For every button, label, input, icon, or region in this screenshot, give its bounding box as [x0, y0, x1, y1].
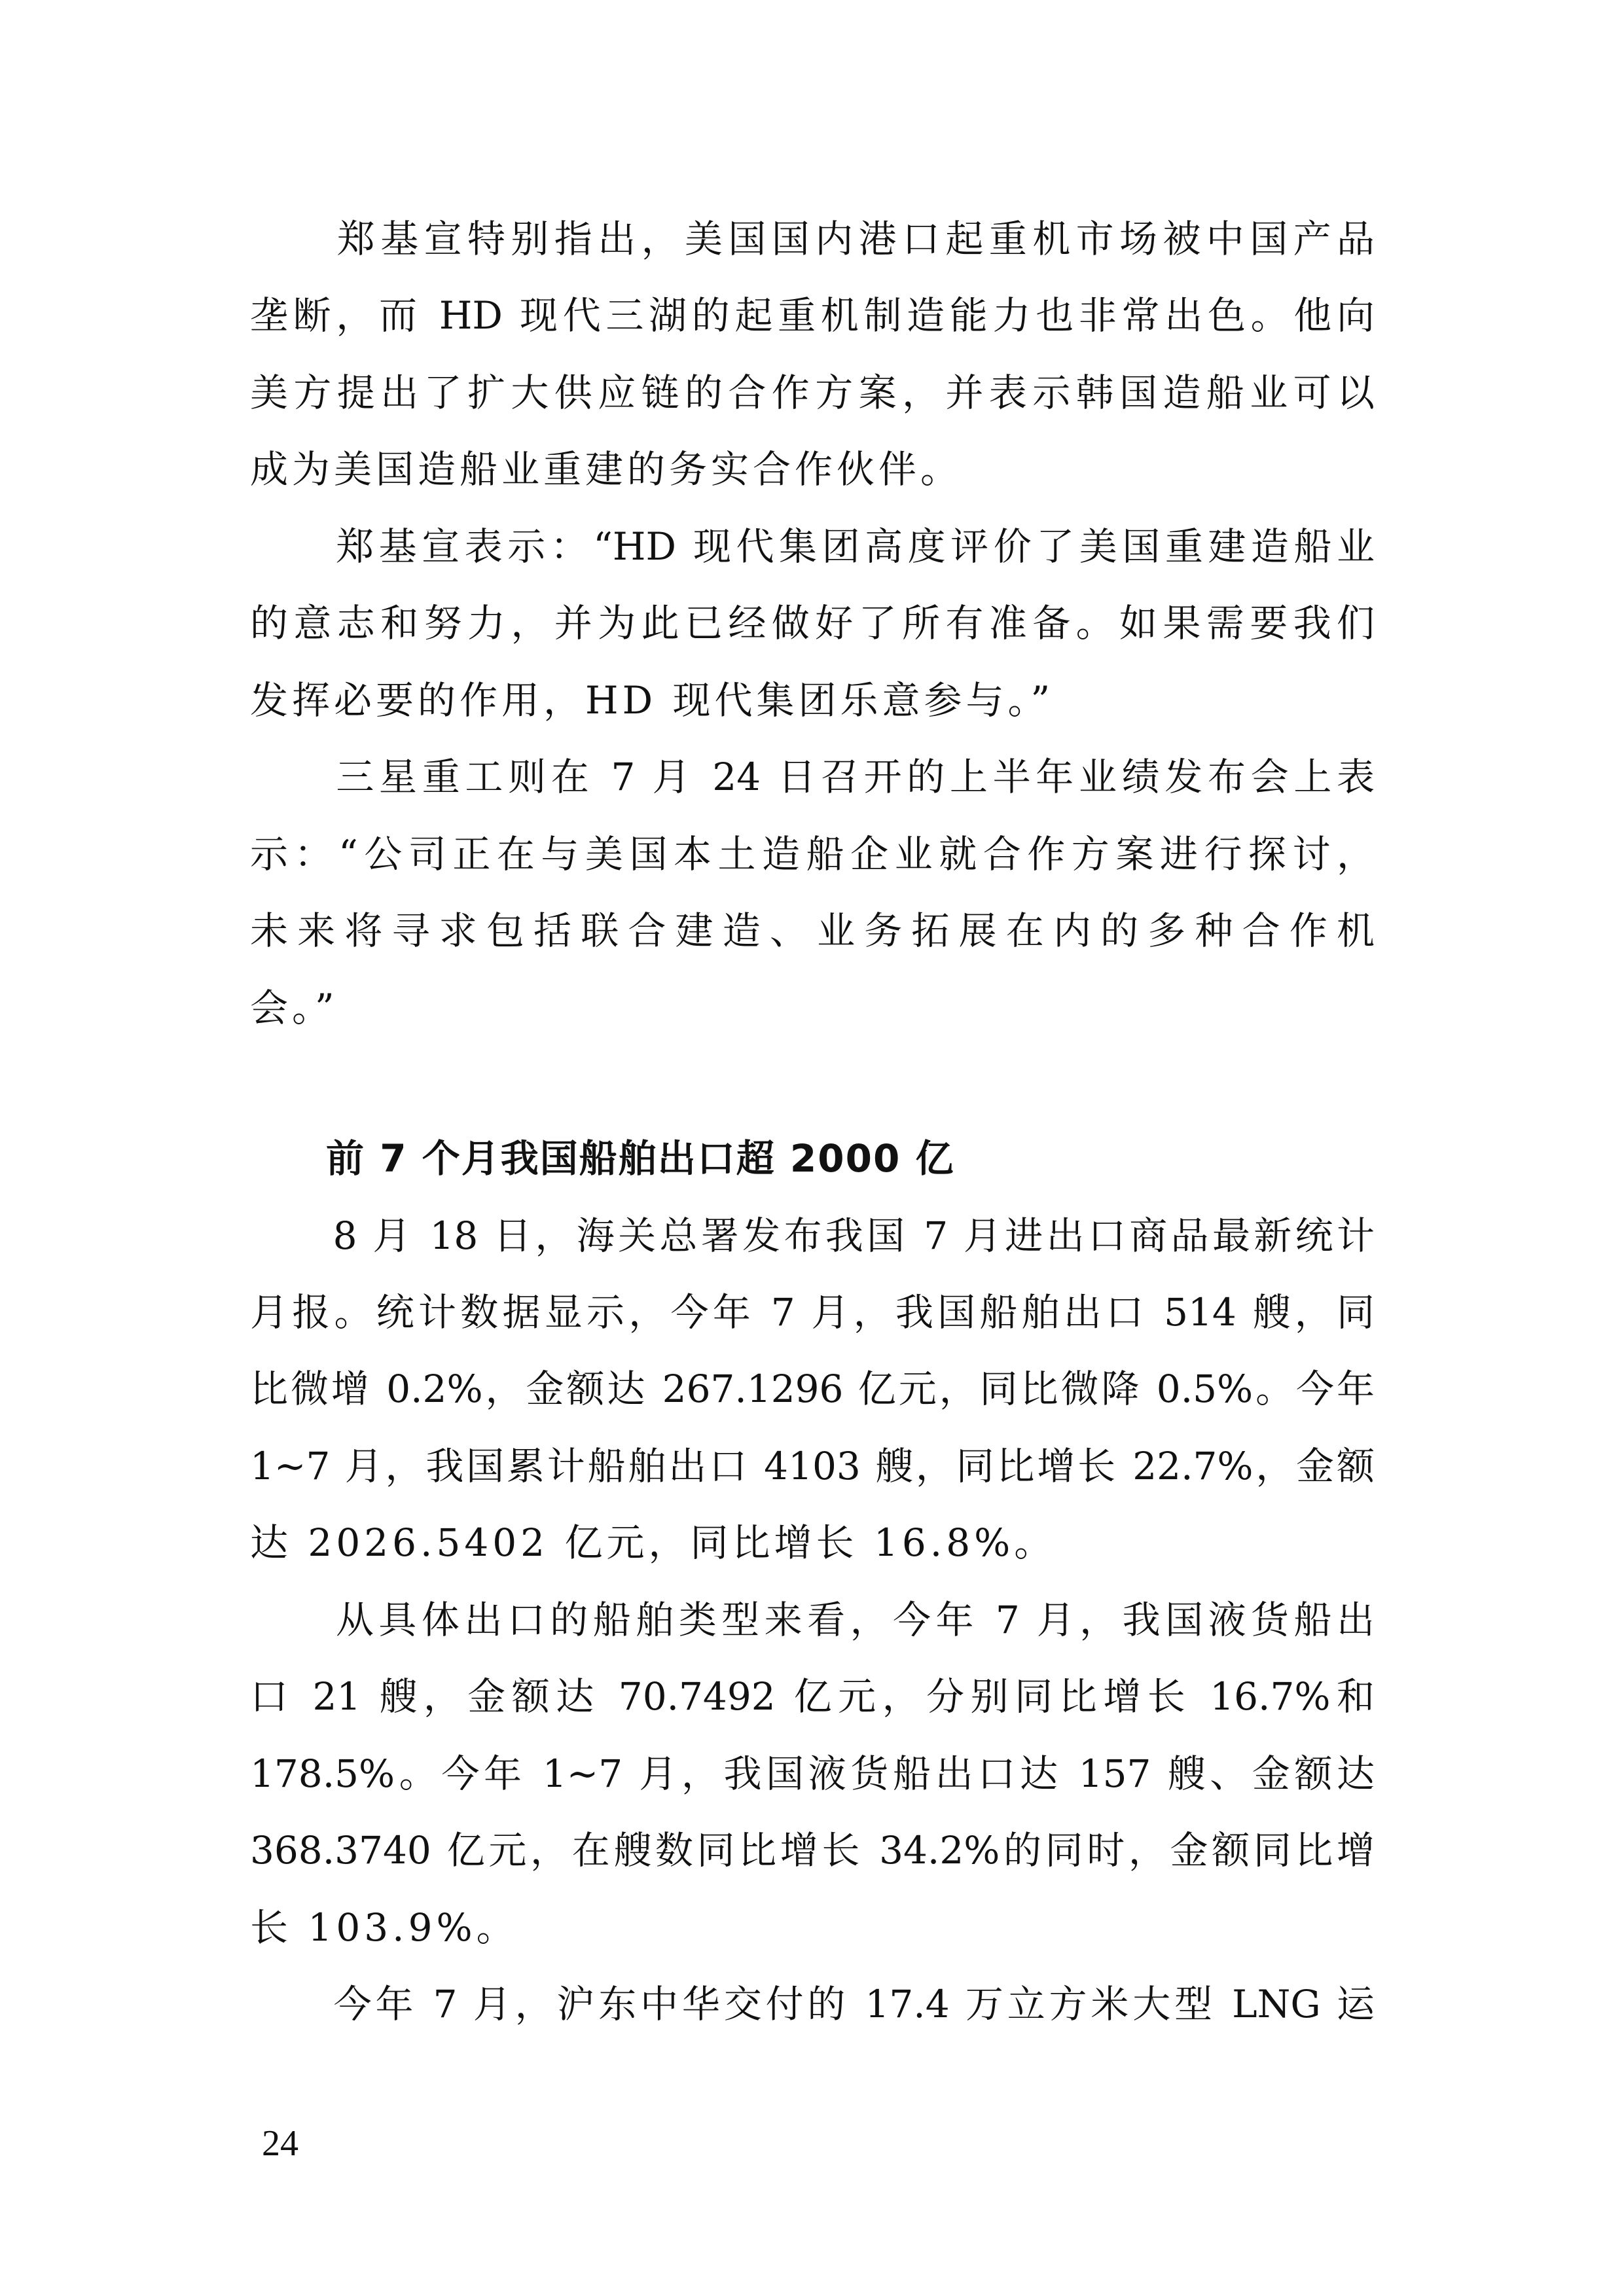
paragraph-3-line-4: 会。”: [250, 969, 1375, 1047]
paragraph-6-line-1: 今年 7 月，沪东中华交付的 17.4 万立方米大型 LNG 运: [250, 1965, 1375, 2043]
paragraph-2-line-2: 的意志和努力，并为此已经做好了所有准备。如果需要我们: [250, 584, 1375, 662]
paragraph-1-line-3: 美方提出了扩大供应链的合作方案，并表示韩国造船业可以: [250, 354, 1375, 431]
paragraph-1-line-4: 成为美国造船业重建的务实合作伙伴。: [250, 431, 1375, 508]
paragraph-4-line-4: 1~7 月，我国累计船舶出口 4103 艘，同比增长 22.7%，金额: [250, 1427, 1375, 1505]
paragraph-3-line-1: 三星重工则在 7 月 24 日召开的上半年业绩发布会上表: [250, 738, 1375, 816]
paragraph-2-line-3: 发挥必要的作用，HD 现代集团乐意参与。”: [250, 662, 1375, 739]
paragraph-5-line-5: 长 103.9%。: [250, 1889, 1375, 1966]
paragraph-5-line-4: 368.3740 亿元，在艘数同比增长 34.2%的同时，金额同比增: [250, 1812, 1375, 1889]
paragraph-5-line-2: 口 21 艘，金额达 70.7492 亿元，分别同比增长 16.7%和: [250, 1658, 1375, 1735]
paragraph-5-line-1: 从具体出口的船舶类型来看，今年 7 月，我国液货船出: [250, 1581, 1375, 1659]
paragraph-4-line-1: 8 月 18 日，海关总署发布我国 7 月进出口商品最新统计: [250, 1197, 1375, 1274]
section-heading: 前 7 个月我国船舶出口超 2000 亿: [326, 1120, 955, 1197]
page-number: 24: [262, 2117, 298, 2170]
paragraph-3-line-2: 示：“公司正在与美国本土造船企业就合作方案进行探讨，: [250, 816, 1375, 893]
paragraph-5-line-3: 178.5%。今年 1~7 月，我国液货船出口达 157 艘、金额达: [250, 1735, 1375, 1812]
paragraph-1-line-2: 垄断，而 HD 现代三湖的起重机制造能力也非常出色。他向: [250, 277, 1375, 354]
document-page: 郑基宣特别指出，美国国内港口起重机市场被中国产品 垄断，而 HD 现代三湖的起重…: [0, 0, 1624, 2296]
paragraph-2-line-1: 郑基宣表示：“HD 现代集团高度评价了美国重建造船业: [250, 508, 1375, 585]
paragraph-4-line-2: 月报。统计数据显示，今年 7 月，我国船舶出口 514 艘，同: [250, 1274, 1375, 1351]
paragraph-4-line-3: 比微增 0.2%，金额达 267.1296 亿元，同比微降 0.5%。今年: [250, 1350, 1375, 1427]
paragraph-1-line-1: 郑基宣特别指出，美国国内港口起重机市场被中国产品: [250, 200, 1375, 278]
paragraph-4-line-5: 达 2026.5402 亿元，同比增长 16.8%。: [250, 1504, 1375, 1581]
paragraph-3-line-3: 未来将寻求包括联合建造、业务拓展在内的多种合作机: [250, 892, 1375, 969]
